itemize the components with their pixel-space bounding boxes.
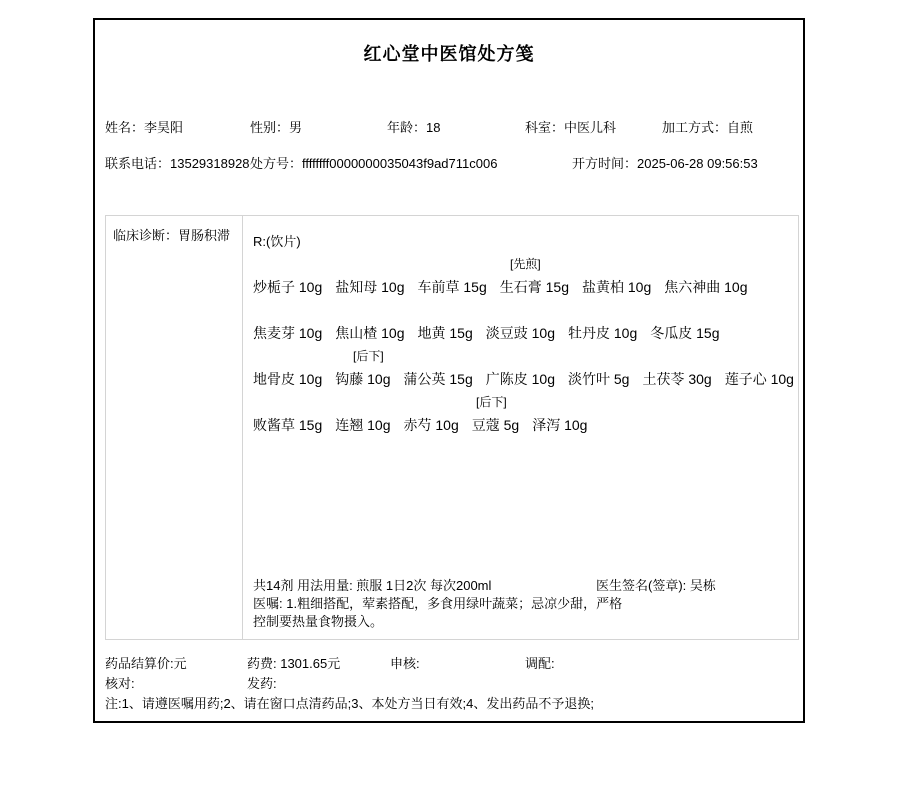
decoction-tag: [后下] [253,345,798,368]
medicine-item: 蒲公英 15g [404,371,473,387]
medicine-item: 盐黄柏 10g [582,279,651,295]
dispense-field: 发药: [247,674,799,694]
review-field: 申核: [390,654,525,674]
prescription-number-field: 处方号：ffffffff0000000035043f9ad711c006 [250,153,572,172]
prescription-sheet: 红心堂中医馆处方笺 姓名：李昊阳 性别：男 年龄：18 科室：中医儿科 加工方式… [93,18,805,723]
patient-gender-field: 性别：男 [250,117,387,136]
medicine-item: 赤芍 10g [404,417,459,433]
medicine-item: 焦麦芽 10g [253,325,322,341]
settle-price-field: 药品结算价:元 [105,654,247,674]
department-field: 科室：中医儿科 [525,117,662,136]
check-row: 核对: 发药: [105,674,799,694]
medicine-item: 冬瓜皮 15g [650,325,719,341]
usage-line: 共14剂 用法用量: 煎服 1日2次 每次200ml 医生签名(签章): 吴栋 [253,577,792,595]
rx-header: R:(饮片) [253,230,798,253]
medicine-item: 焦山楂 10g [335,325,404,341]
medicine-line: 炒栀子 10g盐知母 10g车前草 15g生石膏 15g盐黄柏 10g焦六神曲 … [253,276,798,299]
medicine-item: 盐知母 10g [335,279,404,295]
medicine-item: 莲子心 10g [725,371,794,387]
medicine-item: 连翘 10g [335,417,390,433]
processing-method-field: 加工方式：自煎 [662,117,799,136]
medical-advice-line: 医嘱: 1.粗细搭配，荤素搭配，多食用绿叶蔬菜；忌凉少甜，严格 [253,595,792,613]
patient-age-field: 年龄：18 [387,117,525,136]
clinic-title: 红心堂中医馆处方笺 [95,40,803,66]
fee-field: 药费: 1301.65元 [247,654,390,674]
prescription-box: 临床诊断：胃肠积滞 R:(饮片) [先煎]炒栀子 10g盐知母 10g车前草 1… [105,215,799,640]
medicine-item: 广陈皮 10g [486,371,555,387]
footer-section: 药品结算价:元 药费: 1301.65元 申核: 调配: 核对: 发药: 注:1… [105,654,799,714]
decoction-tag: [后下] [253,391,798,414]
fee-row: 药品结算价:元 药费: 1301.65元 申核: 调配: [105,654,799,674]
medicine-item: 炒栀子 10g [253,279,322,295]
check-field: 核对: [105,674,247,694]
medical-advice-line: 控制要热量食物摄入。 [253,613,792,631]
medicine-item: 泽泻 10g [532,417,587,433]
doctor-signature: 医生签名(签章): 吴栋 [596,577,716,595]
contact-info-row: 联系电话：13529318928 处方号：ffffffff00000000350… [105,153,799,172]
clinical-diagnosis: 临床诊断：胃肠积滞 [113,228,230,243]
medicine-item: 地骨皮 10g [253,371,322,387]
medicine-item: 败酱草 15g [253,417,322,433]
medicine-line: 焦麦芽 10g焦山楂 10g地黄 15g淡豆豉 10g牡丹皮 10g冬瓜皮 15… [253,322,798,345]
medicine-item: 钩藤 10g [335,371,390,387]
issue-time-field: 开方时间：2025-06-28 09:56:53 [572,153,799,172]
medicine-item: 车前草 15g [418,279,487,295]
medicine-item: 焦六神曲 10g [664,279,747,295]
total-dosage-usage: 共14剂 用法用量: 煎服 1日2次 每次200ml [253,578,491,593]
decoction-tag: [先煎] [253,253,798,276]
medicine-item: 生石膏 15g [500,279,569,295]
medicine-item: 淡竹叶 5g [568,371,629,387]
medicine-item: 牡丹皮 10g [568,325,637,341]
patient-info-row: 姓名：李昊阳 性别：男 年龄：18 科室：中医儿科 加工方式：自煎 [105,117,799,136]
medicine-line: 地骨皮 10g钩藤 10g蒲公英 15g广陈皮 10g淡竹叶 5g土茯苓 30g… [253,368,798,391]
prepare-field: 调配: [525,654,799,674]
medicine-lines: [先煎]炒栀子 10g盐知母 10g车前草 15g生石膏 15g盐黄柏 10g焦… [253,253,798,437]
diagnosis-column: 临床诊断：胃肠积滞 [106,216,243,639]
medicine-item: 豆蔻 5g [472,417,519,433]
phone-field: 联系电话：13529318928 [105,153,250,172]
patient-name-field: 姓名：李昊阳 [105,117,250,136]
medicine-item: 土茯苓 30g [642,371,711,387]
blank-line [253,299,798,322]
medicine-item: 地黄 15g [418,325,473,341]
usage-block: 共14剂 用法用量: 煎服 1日2次 每次200ml 医生签名(签章): 吴栋 … [253,577,792,631]
notes-line: 注:1、请遵医嘱用药;2、请在窗口点清药品;3、本处方当日有效;4、发出药品不予… [105,694,799,714]
rx-area: R:(饮片) [先煎]炒栀子 10g盐知母 10g车前草 15g生石膏 15g盐… [244,216,798,639]
medicine-line: 败酱草 15g连翘 10g赤芍 10g豆蔻 5g泽泻 10g [253,414,798,437]
medicine-item: 淡豆豉 10g [486,325,555,341]
